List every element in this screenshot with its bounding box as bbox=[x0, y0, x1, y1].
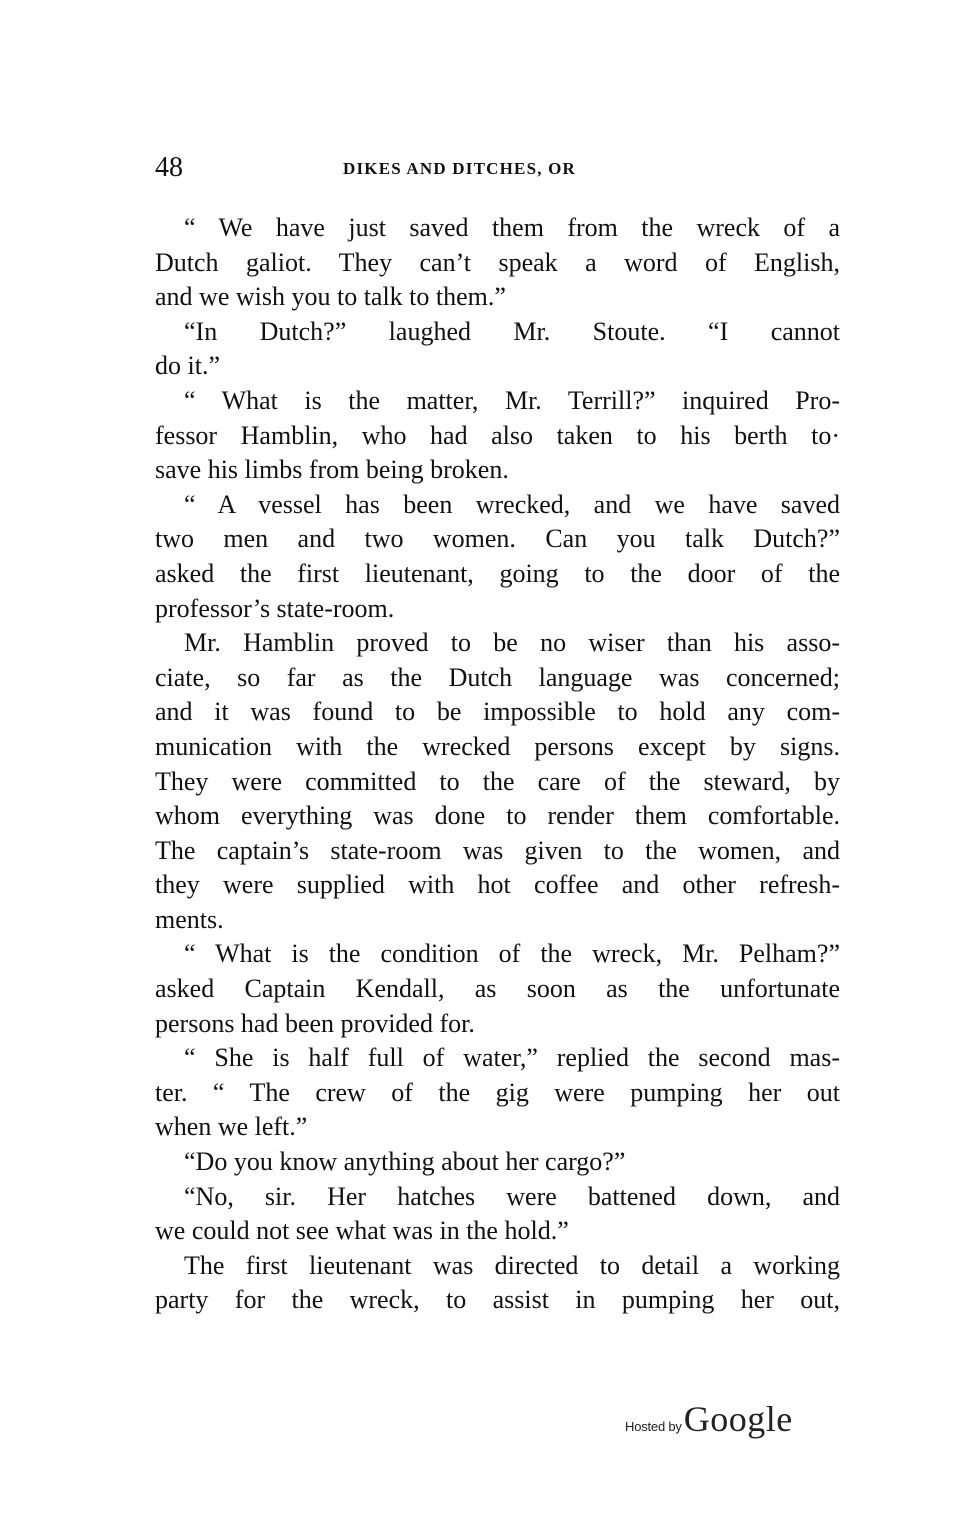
running-title: DIKES AND DITCHES, OR bbox=[343, 154, 576, 184]
text-line: when we left.” bbox=[155, 1110, 840, 1145]
text-line: “ What is the condition of the wreck, Mr… bbox=[155, 937, 840, 972]
hosted-by-label: Hosted by bbox=[625, 1419, 682, 1434]
text-line: Dutch galiot. They can’t speak a word of… bbox=[155, 246, 840, 281]
text-line: and it was found to be impossible to hol… bbox=[155, 695, 840, 730]
text-line: they were supplied with hot coffee and o… bbox=[155, 868, 840, 903]
text-line: “No, sir. Her hatches were battened down… bbox=[155, 1180, 840, 1215]
text-line: fessor Hamblin, who had also taken to hi… bbox=[155, 419, 840, 454]
hosted-by-watermark: Hosted by Google bbox=[625, 1398, 793, 1438]
text-line: “ We have just saved them from the wreck… bbox=[155, 211, 840, 246]
text-line: The captain’s state-room was given to th… bbox=[155, 834, 840, 869]
text-line: “ A vessel has been wrecked, and we have… bbox=[155, 488, 840, 523]
text-line: “ She is half full of water,” replied th… bbox=[155, 1041, 840, 1076]
text-line: ments. bbox=[155, 903, 840, 938]
text-line: two men and two women. Can you talk Dutc… bbox=[155, 522, 840, 557]
text-line: munication with the wrecked persons exce… bbox=[155, 730, 840, 765]
text-line: They were committed to the care of the s… bbox=[155, 765, 840, 800]
text-line: party for the wreck, to assist in pumpin… bbox=[155, 1283, 840, 1318]
text-line: professor’s state-room. bbox=[155, 592, 840, 627]
text-line: save his limbs from being broken. bbox=[155, 453, 840, 488]
text-line: “Do you know anything about her cargo?” bbox=[155, 1145, 840, 1180]
text-line: Mr. Hamblin proved to be no wiser than h… bbox=[155, 626, 840, 661]
text-line: asked Captain Kendall, as soon as the un… bbox=[155, 972, 840, 1007]
text-line: The first lieutenant was directed to det… bbox=[155, 1249, 840, 1284]
text-line: do it.” bbox=[155, 349, 840, 384]
text-line: ter. “ The crew of the gig were pumping … bbox=[155, 1076, 840, 1111]
text-line: ciate, so far as the Dutch language was … bbox=[155, 661, 840, 696]
text-line: “In Dutch?” laughed Mr. Stoute. “I canno… bbox=[155, 315, 840, 350]
text-line: persons had been provided for. bbox=[155, 1007, 840, 1042]
text-line: “ What is the matter, Mr. Terrill?” inqu… bbox=[155, 384, 840, 419]
text-line: whom everything was done to render them … bbox=[155, 799, 840, 834]
text-line: asked the first lieutenant, going to the… bbox=[155, 557, 840, 592]
text-line: we could not see what was in the hold.” bbox=[155, 1214, 840, 1249]
running-head: 48 DIKES AND DITCHES, OR bbox=[155, 150, 840, 186]
page-number: 48 bbox=[155, 150, 183, 186]
google-logo: Google bbox=[684, 1398, 793, 1440]
text-line: and we wish you to talk to them.” bbox=[155, 280, 840, 315]
body-text: “ We have just saved them from the wreck… bbox=[155, 211, 840, 1318]
